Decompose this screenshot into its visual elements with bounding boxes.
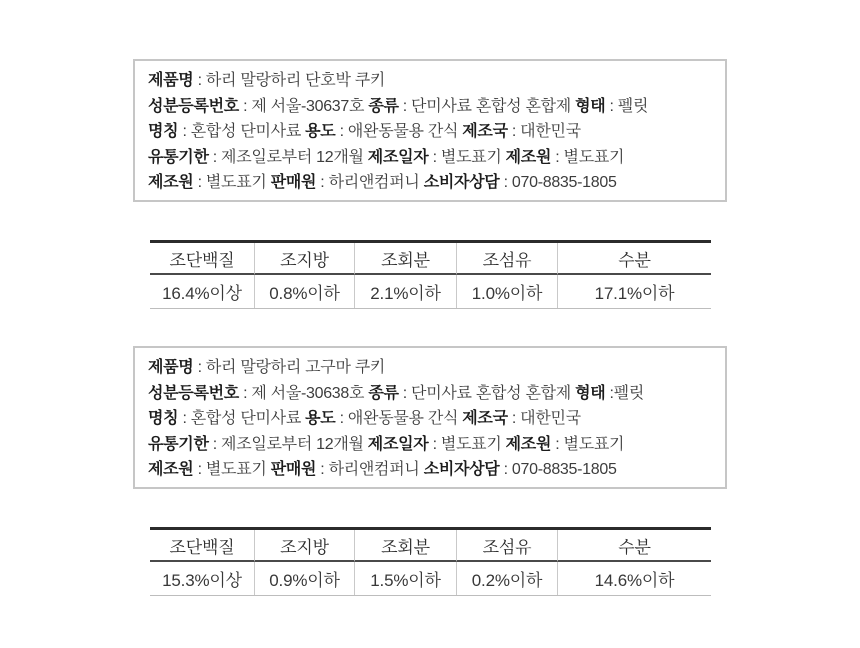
value-cell-crude-ash: 1.5%이하 (355, 562, 457, 595)
field-label: 제조국 (462, 410, 507, 427)
header-cell-moisture: 수분 (558, 243, 711, 275)
field-label: 제조원 (148, 174, 193, 191)
field-label: 판매원 (271, 461, 316, 478)
field-value: : 별도표기 (193, 174, 270, 191)
header-cell-crude-fiber: 조섬유 (457, 530, 558, 562)
info-line-registration: 성분등록번호 : 제 서울-30637호 종류 : 단미사료 혼합성 혼합제 형… (148, 94, 712, 120)
info-line-category: 명칭 : 혼합성 단미사료 용도 : 애완동물용 간식 제조국 : 대한민국 (148, 406, 712, 432)
header-cell-crude-fat: 조지방 (255, 243, 355, 275)
field-label: 용도 (305, 410, 335, 427)
field-label: 제품명 (148, 359, 193, 376)
table-header-row: 조단백질 조지방 조회분 조섬유 수분 (150, 243, 711, 275)
field-label: 제조원 (506, 436, 551, 453)
field-label: 제조원 (506, 149, 551, 166)
field-label: 소비자상담 (424, 461, 500, 478)
info-line-seller: 제조원 : 별도표기 판매원 : 하리앤컴퍼니 소비자상담 : 070-8835… (148, 457, 712, 483)
field-label: 형태 (575, 98, 605, 115)
nutrition-table-2: 조단백질 조지방 조회분 조섬유 수분 15.3%이상 0.9%이하 1.5%이… (150, 527, 711, 596)
product-label-sheet: 제품명 : 하리 말랑하리 단호박 쿠키 성분등록번호 : 제 서울-30637… (0, 0, 860, 648)
field-label: 유통기한 (148, 436, 209, 453)
field-value: : 애완동물용 간식 (335, 410, 462, 427)
field-value: : 혼합성 단미사료 (178, 123, 305, 140)
field-value: : 대한민국 (508, 123, 581, 140)
header-cell-crude-fat: 조지방 (255, 530, 355, 562)
value-cell-moisture: 17.1%이하 (558, 275, 711, 308)
value-cell-crude-fat: 0.9%이하 (255, 562, 355, 595)
field-label: 형태 (575, 385, 605, 402)
field-value: : 제조일로부터 12개월 (209, 436, 368, 453)
header-cell-moisture: 수분 (558, 530, 711, 562)
field-label: 유통기한 (148, 149, 209, 166)
nutrition-table-1: 조단백질 조지방 조회분 조섬유 수분 16.4%이상 0.8%이하 2.1%이… (150, 240, 711, 309)
field-value: : 단미사료 혼합성 혼합제 (399, 385, 575, 402)
value-cell-crude-protein: 16.4%이상 (150, 275, 255, 308)
field-label: 제조원 (148, 461, 193, 478)
header-cell-crude-ash: 조회분 (355, 530, 457, 562)
field-label: 제조일자 (368, 436, 429, 453)
field-label: 제조일자 (368, 149, 429, 166)
info-line-category: 명칭 : 혼합성 단미사료 용도 : 애완동물용 간식 제조국 : 대한민국 (148, 119, 712, 145)
info-line-registration: 성분등록번호 : 제 서울-30638호 종류 : 단미사료 혼합성 혼합제 형… (148, 381, 712, 407)
info-line-product-name: 제품명 : 하리 말랑하리 단호박 쿠키 (148, 68, 712, 94)
product-info-box-2: 제품명 : 하리 말랑하리 고구마 쿠키 성분등록번호 : 제 서울-30638… (133, 346, 727, 489)
field-value: : 하리 말랑하리 고구마 쿠키 (193, 359, 385, 376)
field-value: : 별도표기 (428, 149, 505, 166)
field-label: 성분등록번호 (148, 98, 239, 115)
field-label: 소비자상담 (424, 174, 500, 191)
field-value: : 하리앤컴퍼니 (316, 174, 424, 191)
field-value: : 하리 말랑하리 단호박 쿠키 (193, 72, 385, 89)
field-label: 명칭 (148, 123, 178, 140)
field-label: 제품명 (148, 72, 193, 89)
header-cell-crude-protein: 조단백질 (150, 243, 255, 275)
field-value: : 애완동물용 간식 (335, 123, 462, 140)
field-value: : 하리앤컴퍼니 (316, 461, 424, 478)
value-cell-moisture: 14.6%이하 (558, 562, 711, 595)
field-value: : 제 서울-30637호 (239, 98, 368, 115)
field-value: : 제 서울-30638호 (239, 385, 368, 402)
field-label: 제조국 (462, 123, 507, 140)
field-label: 용도 (305, 123, 335, 140)
table-value-row: 15.3%이상 0.9%이하 1.5%이하 0.2%이하 14.6%이하 (150, 562, 711, 595)
info-line-product-name: 제품명 : 하리 말랑하리 고구마 쿠키 (148, 355, 712, 381)
info-line-expiry: 유통기한 : 제조일로부터 12개월 제조일자 : 별도표기 제조원 : 별도표… (148, 432, 712, 458)
field-value: : 제조일로부터 12개월 (209, 149, 368, 166)
header-cell-crude-ash: 조회분 (355, 243, 457, 275)
table-value-row: 16.4%이상 0.8%이하 2.1%이하 1.0%이하 17.1%이하 (150, 275, 711, 308)
field-label: 종류 (368, 385, 398, 402)
field-value: : 혼합성 단미사료 (178, 410, 305, 427)
field-value: : 대한민국 (508, 410, 581, 427)
field-value: : 펠릿 (605, 98, 648, 115)
field-label: 성분등록번호 (148, 385, 239, 402)
header-cell-crude-protein: 조단백질 (150, 530, 255, 562)
value-cell-crude-fat: 0.8%이하 (255, 275, 355, 308)
value-cell-crude-fiber: 1.0%이하 (457, 275, 558, 308)
value-cell-crude-ash: 2.1%이하 (355, 275, 457, 308)
header-cell-crude-fiber: 조섬유 (457, 243, 558, 275)
info-line-expiry: 유통기한 : 제조일로부터 12개월 제조일자 : 별도표기 제조원 : 별도표… (148, 145, 712, 171)
field-label: 종류 (368, 98, 398, 115)
field-value: : 별도표기 (428, 436, 505, 453)
value-cell-crude-protein: 15.3%이상 (150, 562, 255, 595)
field-value: : 070-8835-1805 (499, 461, 616, 478)
field-value: : 별도표기 (551, 436, 624, 453)
field-value: :펠릿 (605, 385, 644, 402)
table-header-row: 조단백질 조지방 조회분 조섬유 수분 (150, 530, 711, 562)
field-label: 판매원 (271, 174, 316, 191)
field-value: : 단미사료 혼합성 혼합제 (399, 98, 575, 115)
value-cell-crude-fiber: 0.2%이하 (457, 562, 558, 595)
info-line-seller: 제조원 : 별도표기 판매원 : 하리앤컴퍼니 소비자상담 : 070-8835… (148, 170, 712, 196)
field-value: : 별도표기 (551, 149, 624, 166)
field-value: : 별도표기 (193, 461, 270, 478)
field-label: 명칭 (148, 410, 178, 427)
field-value: : 070-8835-1805 (499, 174, 616, 191)
product-info-box-1: 제품명 : 하리 말랑하리 단호박 쿠키 성분등록번호 : 제 서울-30637… (133, 59, 727, 202)
